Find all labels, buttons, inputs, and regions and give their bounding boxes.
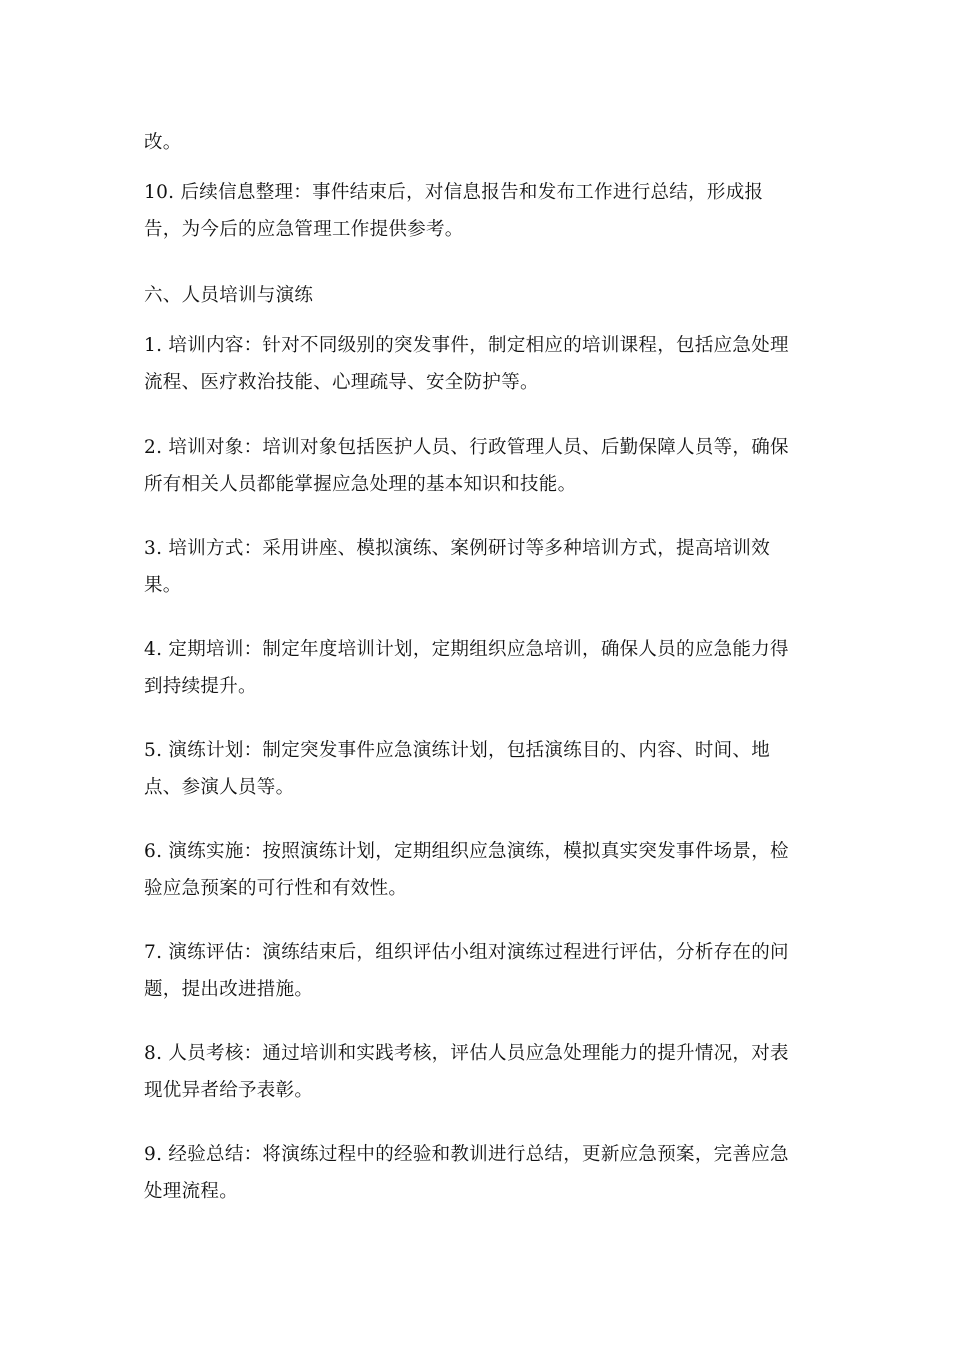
item-10-line-1: 10. 后续信息整理：事件结束后，对信息报告和发布工作进行总结，形成报 (144, 181, 763, 205)
paragraph-tail-line: 改。 (144, 131, 182, 155)
item-3-line-2: 果。 (144, 574, 182, 598)
item-7-line-2: 题，提出改进措施。 (144, 978, 313, 1002)
item-5-line-1: 5. 演练计划：制定突发事件应急演练计划，包括演练目的、内容、时间、地 (144, 739, 770, 763)
item-10-line-2: 告，为今后的应急管理工作提供参考。 (144, 218, 464, 242)
item-1-line-1: 1. 培训内容：针对不同级别的突发事件，制定相应的培训课程，包括应急处理 (144, 334, 789, 358)
item-8-line-2: 现优异者给予表彰。 (144, 1079, 313, 1103)
item-4-line-2: 到持续提升。 (144, 675, 257, 699)
item-3-line-1: 3. 培训方式：采用讲座、模拟演练、案例研讨等多种培训方式，提高培训效 (144, 537, 770, 561)
item-6-line-2: 验应急预案的可行性和有效性。 (144, 877, 407, 901)
item-9-line-1: 9. 经验总结：将演练过程中的经验和教训进行总结，更新应急预案，完善应急 (144, 1143, 789, 1167)
item-7-line-1: 7. 演练评估：演练结束后，组织评估小组对演练过程进行评估，分析存在的问 (144, 941, 789, 965)
document-page: 改。 10. 后续信息整理：事件结束后，对信息报告和发布工作进行总结，形成报 告… (0, 0, 967, 1365)
item-8-line-1: 8. 人员考核：通过培训和实践考核，评估人员应急处理能力的提升情况，对表 (144, 1042, 789, 1066)
item-2-line-2: 所有相关人员都能掌握应急处理的基本知识和技能。 (144, 473, 576, 497)
item-4-line-1: 4. 定期培训：制定年度培训计划，定期组织应急培训，确保人员的应急能力得 (144, 638, 789, 662)
item-6-line-1: 6. 演练实施：按照演练计划，定期组织应急演练，模拟真实突发事件场景，检 (144, 840, 789, 864)
item-1-line-2: 流程、医疗救治技能、心理疏导、安全防护等。 (144, 371, 539, 395)
item-5-line-2: 点、参演人员等。 (144, 776, 294, 800)
item-9-line-2: 处理流程。 (144, 1180, 238, 1204)
section-heading: 六、人员培训与演练 (144, 284, 313, 308)
item-2-line-1: 2. 培训对象：培训对象包括医护人员、行政管理人员、后勤保障人员等，确保 (144, 436, 789, 460)
